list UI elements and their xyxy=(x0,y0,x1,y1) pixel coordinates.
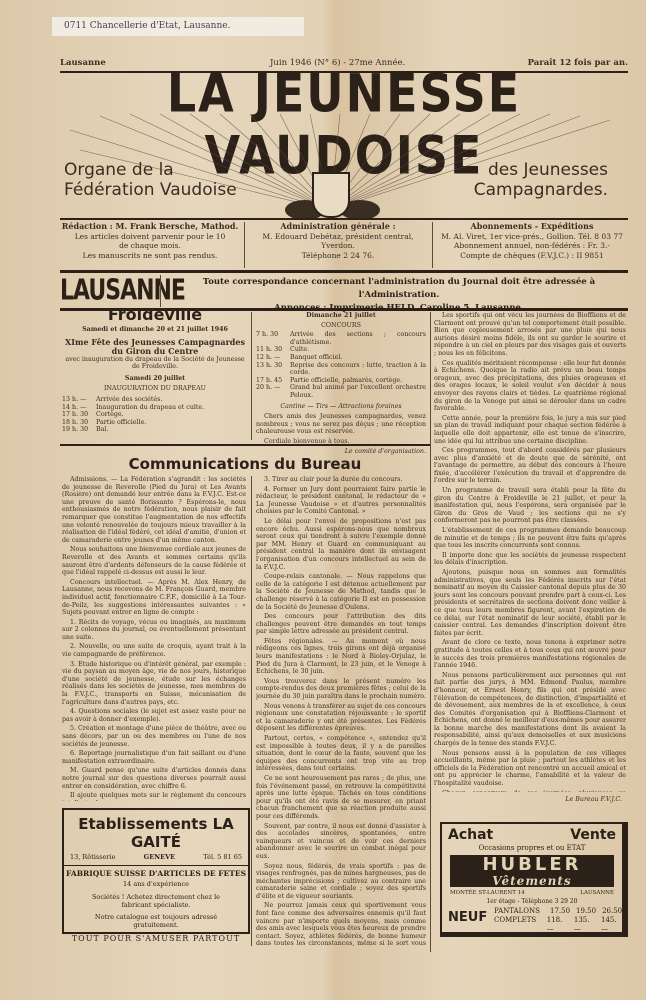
article-paragraph: Coupe-relais cantonale. — Nous rappelons… xyxy=(256,573,426,611)
ad-gaite-phone: Tél. 5 81 65 xyxy=(203,853,242,861)
schedule-text: Arrivée des sections ; concours d'athlét… xyxy=(290,331,426,346)
schedule-time: 20 h. — xyxy=(256,384,290,399)
article-paragraph: Ces qualités méritaient récompense : ell… xyxy=(434,360,626,413)
article-paragraph: 2. Nouvelle, ou une suite de croquis, ay… xyxy=(62,643,246,658)
redaction-line: de chaque mois. xyxy=(60,241,240,251)
subtitle-left-line1: Organe de la xyxy=(64,160,237,180)
column-divider xyxy=(251,476,252,946)
article-paragraph: 3. Etude historique ou d'intérêt général… xyxy=(62,661,246,707)
article-paragraph: Souvent, par contre, il nous est donné d… xyxy=(256,823,426,861)
article-paragraph: Un programme de travail sera établi pour… xyxy=(434,487,626,525)
schedule-item: 12 h. —Banquet officiel. xyxy=(256,354,426,362)
article-paragraph: Le délai pour l'envoi de propositions n'… xyxy=(256,518,426,571)
schedule-text: Inauguration du drapeau et culte. xyxy=(96,404,204,412)
communications-column-1: Admissions. — La Fédération s'agrandit :… xyxy=(62,476,246,801)
price-row: COMPLETS118.—135.—145.— xyxy=(494,916,622,934)
abonnements-line: Compte de chèques (F.V.J.C.) : II 9851 xyxy=(436,251,628,261)
saturday-schedule: 13 h. —Arrivée des sociétés.14 h. —Inaug… xyxy=(62,396,248,434)
column-divider xyxy=(251,312,252,440)
sunday-signature: Le comité d'organisation. xyxy=(256,448,426,456)
archive-stamp: 0711 Chancellerie d'Etat, Lausanne. xyxy=(52,17,304,36)
sunday-invitation: Chers amis des Jeunesses campagnardes, v… xyxy=(256,413,426,436)
article-paragraph: 6. Reportage journalistique d'un fait sa… xyxy=(62,750,246,765)
price-row: PANTALONS17.5019.5026.50 xyxy=(494,907,622,916)
ad-hubler-vente: Vente xyxy=(570,827,616,843)
ad-hubler-address-line: MONTÉE ST-LAURENT 14 LAUSANNE xyxy=(450,890,614,896)
schedule-item: 14 h. —Inauguration du drapeau et culte. xyxy=(62,404,248,412)
fvjc-crest-icon xyxy=(312,172,350,218)
froideville-saturday: Samedi et dimanche 20 et 21 juillet 1946… xyxy=(62,326,248,434)
ad-hubler-achat: Achat xyxy=(448,827,493,843)
price-item: PANTALONS xyxy=(494,907,544,916)
inauguration-note: avec inauguration du drapeau de la Socié… xyxy=(62,356,248,371)
ad-hubler-floor: 1er étage - Téléphone 3 29 20 xyxy=(442,898,622,905)
article-paragraph: Nous souhaitons une bienvenue cordiale a… xyxy=(62,546,246,576)
administration-line: Téléphone 2 24 76. xyxy=(248,251,428,261)
schedule-text: Partie officielle. xyxy=(96,419,146,427)
schedule-time: 12 h. — xyxy=(256,354,290,362)
froideville-sunday: Dimanche 21 juillet CONCOURS 7 h. 30Arri… xyxy=(256,312,426,455)
banner-divider xyxy=(160,275,161,307)
article-paragraph: L'établissement de ces programmes demand… xyxy=(434,527,626,550)
sunday-day: Dimanche 21 juillet xyxy=(256,312,426,320)
article-paragraph: Partout, certes, « compétence », entende… xyxy=(256,735,426,773)
info-redaction: Rédaction : M. Frank Bersche, Mathod. Le… xyxy=(60,222,240,260)
article-paragraph: Nous pensons particulièrement aux person… xyxy=(434,672,626,748)
banner: LAUSANNE Toute correspondance concernant… xyxy=(60,275,628,307)
price-value: 145.— xyxy=(601,916,622,934)
schedule-item: 7 h. 30Arrivée des sections ; concours d… xyxy=(256,331,426,346)
schedule-item: 18 h. 30Partie officielle. xyxy=(62,419,248,427)
schedule-text: Arrivée des sociétés. xyxy=(96,396,162,404)
article-paragraph: Vous trouverez dans le présent numéro le… xyxy=(256,678,426,701)
price-value: 17.50 xyxy=(550,907,570,916)
froideville-fete: XIme Fête des Jeunesses Campagnardes du … xyxy=(62,338,248,356)
ad-gaite-catalog: Notre catalogue est toujours adressé gra… xyxy=(86,913,226,929)
price-item: COMPLETS xyxy=(494,916,541,934)
ad-hubler-tagline: Occasions propres et ou ETAT xyxy=(442,844,622,852)
schedule-text: Grand bal animé par l'excellent orchestr… xyxy=(290,384,426,399)
info-administration: Administration générale : M. Edouard Deb… xyxy=(248,222,428,260)
ad-gaite-name: Etablissements LA GAITÉ xyxy=(64,815,248,851)
schedule-text: Bal. xyxy=(96,426,108,434)
saturday-heading: INAUGURATION DU DRAPEAU xyxy=(62,385,248,393)
ad-hubler-neuf: NEUF xyxy=(448,910,487,925)
info-divider xyxy=(244,222,245,268)
article-paragraph: Ces programmes, tout d'abord considérés … xyxy=(434,447,626,485)
ad-gaite-contact: 13, Rôtisserie GENEVE Tél. 5 81 65 xyxy=(64,851,248,863)
subtitle-right-line2: Campagnardes. xyxy=(474,180,608,200)
schedule-time: 7 h. 30 xyxy=(256,331,290,346)
communications-column-2: 3. Tirer au clair pour la durée du conco… xyxy=(256,476,426,946)
subtitle-right: des Jeunesses Campagnardes. xyxy=(474,160,608,200)
article-paragraph: Ajoutons, puisque nous en sommes aux for… xyxy=(434,569,626,637)
schedule-item: 19 h. 30Bal. xyxy=(62,426,248,434)
schedule-time: 11 h. 30 xyxy=(256,346,290,354)
subtitle-left: Organe de la Fédération Vaudoise xyxy=(64,160,237,200)
ad-gaite-headline: FABRIQUE SUISSE D'ARTICLES DE FETES xyxy=(64,869,248,878)
price-value: 118.— xyxy=(547,916,568,934)
ad-hubler-brand: HUBLER xyxy=(482,854,581,875)
subtitle-right-line1: des Jeunesses xyxy=(474,160,608,180)
price-value: 26.50 xyxy=(602,907,622,916)
redaction-line: Les articles doivent parvenir pour le 10 xyxy=(60,232,240,242)
article-paragraph: 4. Former un Jury dont pourraient faire … xyxy=(256,486,426,516)
article-paragraph: Concours intellectuel. — Après M. Alex H… xyxy=(62,579,246,617)
schedule-item: 20 h. —Grand bal animé par l'excellent o… xyxy=(256,384,426,399)
abonnements-line: Abonnement annuel, non-fédérés : Fr. 3.- xyxy=(436,241,628,251)
ad-gaite-slogan: TOUT POUR S'AMUSER PARTOUT xyxy=(64,934,248,943)
schedule-item: 13 h. —Arrivée des sociétés. xyxy=(62,396,248,404)
saturday-day: Samedi 20 juillet xyxy=(62,375,248,383)
schedule-time: 19 h. 30 xyxy=(62,426,96,434)
article-paragraph: 1. Récits de voyage, vécus ou imaginés, … xyxy=(62,619,246,642)
article-paragraph: Chacun conservera de ces journées, pluvi… xyxy=(434,790,626,792)
schedule-item: 17 h. 45Partie officielle, palmarès, cor… xyxy=(256,377,426,385)
communications-signature: Le Bureau F.V.J.C. xyxy=(434,796,622,804)
ad-gaite-address: 13, Rôtisserie xyxy=(70,853,115,861)
article-paragraph: Nous venons à transférer au sujet de ces… xyxy=(256,703,426,733)
schedule-time: 13 h. 30 xyxy=(256,362,290,377)
schedule-time: 13 h. — xyxy=(62,396,96,404)
schedule-text: Partie officielle, palmarès, cortège. xyxy=(290,377,402,385)
ad-gaite-experience: 14 ans d'expérience xyxy=(64,880,248,888)
banner-line1: Toute correspondance concernant l'admini… xyxy=(170,276,628,302)
froideville-title: Froideville xyxy=(60,305,250,324)
article-paragraph: Des concours pour l'attribution des dits… xyxy=(256,613,426,636)
schedule-item: 17 h. 30Cortège. xyxy=(62,411,248,419)
schedule-text: Reprise des concours : lutte, traction à… xyxy=(290,362,426,377)
ad-hubler: Achat Vente Occasions propres et ou ETAT… xyxy=(440,822,628,937)
article-paragraph: Nous pensons aussi à la population de ce… xyxy=(434,750,626,788)
article-paragraph: 3. Tirer au clair pour la durée du conco… xyxy=(256,476,426,484)
schedule-time: 17 h. 30 xyxy=(62,411,96,419)
article-paragraph: Admissions. — La Fédération s'agrandit :… xyxy=(62,476,246,544)
communications-column-3: Les sportifs qui ont vécu les journées d… xyxy=(434,312,626,792)
communications-title: Communications du Bureau xyxy=(60,455,430,473)
abonnements-title: Abonnements - Expéditions xyxy=(471,221,594,231)
banner-top-rule xyxy=(60,270,628,273)
article-paragraph: M. Guard pense qu'une suite d'articles d… xyxy=(62,767,246,790)
info-abonnements: Abonnements - Expéditions M. Al. Viret, … xyxy=(436,222,628,260)
article-paragraph: Ce ne sont heureusement pas rares ; de p… xyxy=(256,775,426,821)
abonnements-line: M. Al. Viret, 1er vice-prés., Gollion. T… xyxy=(436,232,628,242)
sunday-extras: Cantine — Tirs — Attractions foraines xyxy=(256,403,426,411)
ad-gaite-pitch: Sociétés ! Achetez directement chez le f… xyxy=(78,893,234,909)
info-top-rule xyxy=(60,218,628,220)
redaction-line: Les manuscrits ne sont pas rendus. xyxy=(60,251,240,261)
administration-line: Yverdon. xyxy=(248,241,428,251)
schedule-item: 13 h. 30Reprise des concours : lutte, tr… xyxy=(256,362,426,377)
subtitle-left-line2: Fédération Vaudoise xyxy=(64,180,237,200)
schedule-text: Culte. xyxy=(290,346,309,354)
info-divider xyxy=(432,222,433,268)
administration-line: M. Edouard Debétaz, président central, xyxy=(248,232,428,242)
schedule-text: Banquet officiel. xyxy=(290,354,342,362)
administration-title: Administration générale : xyxy=(280,221,395,231)
price-value: 19.50 xyxy=(576,907,596,916)
schedule-time: 18 h. 30 xyxy=(62,419,96,427)
froideville-dates: Samedi et dimanche 20 et 21 juillet 1946 xyxy=(62,326,248,334)
banner-label: LAUSANNE xyxy=(60,275,185,308)
article-paragraph: 5. Création et montage d'une pièce de th… xyxy=(62,725,246,748)
article-paragraph: Il importe donc que les sociétés de jeun… xyxy=(434,552,626,567)
ad-la-gaite: Etablissements LA GAITÉ 13, Rôtisserie G… xyxy=(62,808,250,934)
ad-hubler-prices: PANTALONS17.5019.5026.50COMPLETS118.—135… xyxy=(494,907,622,934)
article-paragraph: Avant de clore ce texte, nous tenons à e… xyxy=(434,639,626,669)
ad-hubler-brand-box: HUBLER Vêtements xyxy=(450,855,614,887)
schedule-time: 17 h. 45 xyxy=(256,377,290,385)
article-paragraph: Il ajoute quelques mots sur le règlement… xyxy=(62,792,246,801)
schedule-time: 14 h. — xyxy=(62,404,96,412)
schedule-item: 11 h. 30Culte. xyxy=(256,346,426,354)
redaction-title: Rédaction : M. Frank Bersche, Mathod. xyxy=(62,221,239,231)
ad-hubler-city: LAUSANNE xyxy=(580,890,614,896)
article-paragraph: Les sportifs qui ont vécu les journées d… xyxy=(434,312,626,358)
article-paragraph: Soyez nous, fédérés, de vrais sportifs :… xyxy=(256,863,426,901)
sunday-heading: CONCOURS xyxy=(256,322,426,330)
ad-hubler-address: MONTÉE ST-LAURENT 14 xyxy=(450,890,525,896)
article-paragraph: 4. Questions sociales (le sujet est asse… xyxy=(62,708,246,723)
price-value: 135.— xyxy=(574,916,595,934)
sunday-schedule: 7 h. 30Arrivée des sections ; concours d… xyxy=(256,331,426,399)
article-paragraph: Fêtes régionales. — Au moment où nous ré… xyxy=(256,638,426,676)
ad-gaite-city: GENEVE xyxy=(144,853,175,861)
ad-hubler-brand-sub: Vêtements xyxy=(450,875,614,887)
article-paragraph: Ne pourrez jamais ceux qui sportivement … xyxy=(256,902,426,946)
schedule-text: Cortège. xyxy=(96,411,124,419)
section-rule xyxy=(60,444,430,446)
column-divider xyxy=(430,312,431,952)
article-paragraph: Cette année, pour la première fois, le j… xyxy=(434,415,626,445)
